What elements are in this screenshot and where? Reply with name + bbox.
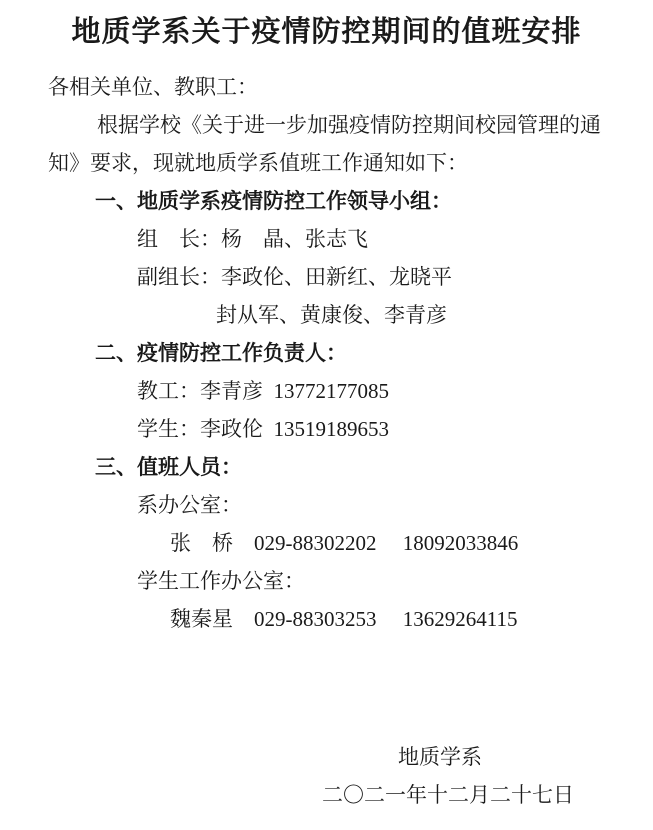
student-office-label: 学生工作办公室： <box>0 562 653 600</box>
salutation: 各相关单位、教职工： <box>0 68 653 106</box>
dept-office-duty-line: 张 桥 029-88302202 18092033846 <box>0 524 653 562</box>
document-title: 地质学系关于疫情防控期间的值班安排 <box>0 0 653 52</box>
student-office-duty-line: 魏秦星 029-88303253 13629264115 <box>0 600 653 638</box>
section-responsibles-heading: 二、疫情防控工作负责人： <box>0 334 653 372</box>
student-contact-line: 学生：李政伦 13519189653 <box>0 410 653 448</box>
signature-date: 二〇二一年十二月二十七日 <box>0 776 653 814</box>
dept-office-label: 系办公室： <box>0 486 653 524</box>
intro-line-1: 根据学校《关于进一步加强疫情防控期间校园管理的通 <box>0 106 653 144</box>
section-duty-heading: 三、值班人员： <box>0 448 653 486</box>
document-page: 地质学系关于疫情防控期间的值班安排 各相关单位、教职工： 根据学校《关于进一步加… <box>0 0 653 830</box>
intro-line-2: 知》要求，现就地质学系值班工作通知如下： <box>0 144 653 182</box>
section-leadership-heading: 一、地质学系疫情防控工作领导小组： <box>0 182 653 220</box>
staff-contact-line: 教工：李青彦 13772177085 <box>0 372 653 410</box>
deputy-leader-line-1: 副组长：李政伦、田新红、龙晓平 <box>0 258 653 296</box>
deputy-leader-line-2: 封从军、黄康俊、李青彦 <box>0 296 653 334</box>
signature-organization: 地质学系 <box>0 738 653 776</box>
group-leader-line: 组 长：杨 晶、张志飞 <box>0 220 653 258</box>
